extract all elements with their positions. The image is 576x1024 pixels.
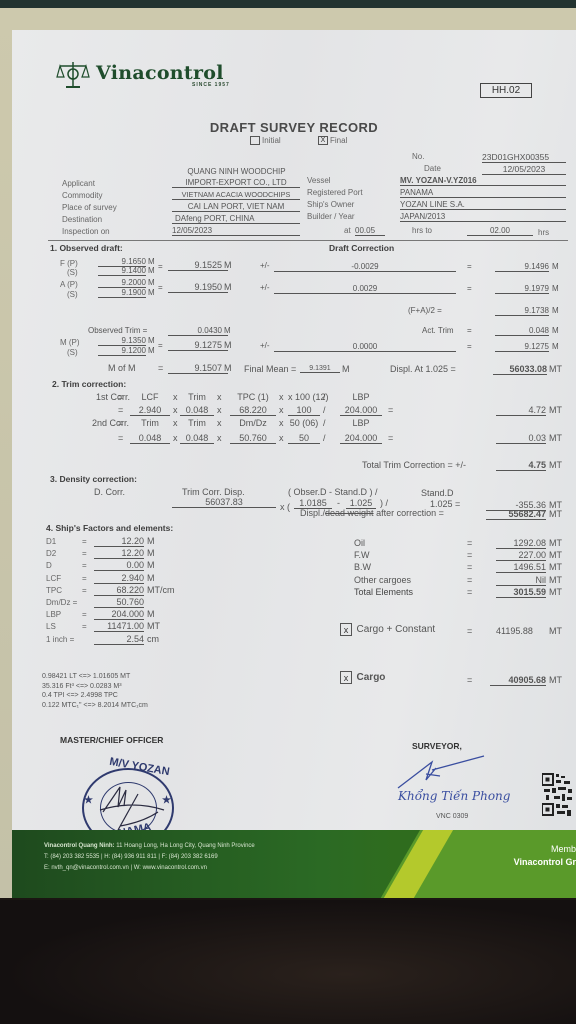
footer-address: Vinacontrol Quang Ninh: 11 Hoang Long, H… [44,843,255,849]
master-signature-icon [98,782,168,832]
factor-label: TPC [46,586,62,595]
form-code: HH.02 [480,83,532,98]
factor-value: 12.20 [94,536,144,547]
as-value: 9.1900 [98,288,146,298]
operator: x [279,433,284,443]
factor-value: 0.00 [94,560,144,571]
displacement-label: Displ. At 1.025 = [390,364,456,374]
no-label: No. [412,152,424,161]
factor-value: 68.220 [94,585,144,596]
second-corr-header-term: Trim [130,418,170,428]
second-corr-label: 2nd Corr. [92,418,129,428]
footer-contacts: E: nvth_qn@vinacontrol.com.vn | W: www.v… [44,865,207,871]
first-corr-header-term: LBP [340,392,382,402]
no-value: 23D01GHX00355 [482,152,566,163]
unit: MT [549,675,562,685]
unit: M [148,266,155,275]
operator: x [217,405,222,415]
ap-value: 9.2000 [98,278,146,288]
brand-since: SINCE 1957 [192,82,230,88]
unit: MT [549,460,562,470]
first-corr-value-term: 204.000 [340,405,382,416]
destination-label: Destination [62,215,102,224]
unit: M [224,282,232,292]
factor-label: LBP [46,610,61,619]
operator: / [323,405,326,415]
equals: = [467,675,472,685]
factor-label: D1 [46,537,56,546]
registered-port-label: Registered Port [307,188,363,197]
unit: M [552,342,559,351]
unit: M [224,260,232,270]
draft-survey-document: Vinacontrol SINCE 1957 HH.02 DRAFT SURVE… [12,30,576,898]
ms-label: (S) [67,348,78,357]
unit: M [552,284,559,293]
applicant-label: Applicant [62,179,95,188]
second-corr-value-term: 50 [288,433,320,444]
second-corr-value-term: 204.000 [340,433,382,444]
initial-checkbox[interactable]: Initial [250,136,281,145]
date-label: Date [424,164,441,173]
operator: / [323,418,326,428]
cargo-value: 40905.68 [490,675,546,686]
operator: / [323,433,326,443]
unit: M [342,364,350,374]
unit: M [148,336,155,345]
equals: = [467,284,472,293]
factor-unit: M [147,560,155,570]
trim-corr-disp: 56037.83 [172,497,276,508]
observed-draft-heading: 1. Observed draft: [50,243,123,253]
unit: M [148,346,155,355]
unit: M [552,262,559,271]
minus: - [337,498,340,508]
inspection-value: 12/05/2023 [172,226,300,236]
aft-mean: 9.1950 [168,282,228,293]
operator: x [173,418,178,428]
equals: = [467,550,472,560]
equals: = [388,433,393,443]
operator: x [173,392,178,402]
mean-of-means: 9.1507 [168,363,228,374]
registered-port-value: PANAMA [400,188,566,198]
second-corr-value-term: 0.048 [130,433,170,444]
operator: / [323,392,326,402]
unit: MT [549,587,562,597]
element-value: 1292.08 [496,538,546,549]
operator: x [279,405,284,415]
draft-correction-heading: Draft Correction [329,243,394,253]
multiply: x ( [280,502,290,512]
density-formula: ( Obser.D - Stand.D ) / [288,487,378,497]
operator: x [173,433,178,443]
initial-check-box[interactable] [250,136,260,145]
second-corr-value-term: 50.760 [230,433,276,444]
forward-mean: 9.1525 [168,260,228,271]
qr-code-icon[interactable] [542,772,572,818]
after-correction-label: Displ./dead weight after correction = [300,508,444,518]
displacement-after-correction: 55682.47 [486,509,546,520]
observed-trim: 0.0430 [168,326,228,336]
place-label: Place of survey [62,203,117,212]
final-mean-label: Final Mean = [244,364,296,374]
plus-minus: +/- [260,341,270,350]
cargo-label: Cargo [357,672,386,683]
unit: M [148,278,155,287]
commodity-value: VIETNAM ACACIA WOODCHIPS [172,190,300,200]
equals: = [467,342,472,351]
factor-label: LS [46,622,56,631]
vinacontrol-logo: Vinacontrol SINCE 1957 [56,60,224,90]
equals: = [158,363,163,373]
factor-label: Dm/Dz = [46,598,77,607]
first-corr-header-term: Trim [180,392,214,402]
seal-star-icon: ★ [84,795,93,806]
element-label: Total Elements [354,587,413,597]
first-corr-header-term: LCF [130,392,170,402]
total-trim-label: Total Trim Correction = +/- [362,460,466,470]
scales-icon [56,60,90,90]
aft-correction: 0.0029 [274,284,456,294]
unit: M [148,257,155,266]
displacement: 56033.08 [493,364,547,375]
operator: x [173,405,178,415]
factor-unit: MT [147,621,160,631]
plus-minus: +/- [260,283,270,292]
equals: = [82,586,87,595]
unit: M [552,326,559,335]
unit: MT [549,550,562,560]
divider [48,240,568,241]
surveyor-label: SURVEYOR, [412,741,462,751]
end-time: 02.00 [467,226,533,236]
unit: M [224,340,232,350]
applicant-line1: QUANG NINH WOODCHIP [174,167,299,176]
unit: MT [549,405,562,415]
second-corr-header-term: Trim [180,418,214,428]
act-trim: 0.048 [495,326,549,336]
operator: x [279,418,284,428]
builder-year-label: Builder / Year [307,212,355,221]
equals: = [118,433,123,443]
density-heading: 3. Density correction: [50,474,137,484]
start-time: 00.05 [355,226,385,236]
act-trim-label: Act. Trim [422,326,454,335]
footer-member-line2: Vinacontrol Gr [514,857,576,867]
ms-value: 9.1200 [98,346,146,356]
total-trim-correction: 4.75 [496,460,546,471]
master-label: MASTER/CHIEF OFFICER [60,735,163,745]
element-label: F.W [354,550,370,560]
footer-member-line1: Memb [551,844,576,854]
equals: = [82,574,87,583]
cargo-constant-label: Cargo + Constant [357,624,436,635]
unit: MT [549,433,562,443]
factor-unit: M [147,548,155,558]
factor-unit: M [147,573,155,583]
builder-year-value: JAPAN/2013 [400,212,566,222]
equals: = [118,405,123,415]
brand-name: Vinacontrol [96,62,224,84]
first-corr-value-term: 68.220 [230,405,276,416]
second-corr-header-term: 50 (06) [288,418,320,428]
fa2-label: (F+A)/2 = [408,306,442,315]
applicant-line2: IMPORT-EXPORT CO., LTD [172,178,300,188]
element-label: Other cargoes [354,575,411,585]
second-corr-value-term: 0.048 [180,433,214,444]
factor-label: D [46,561,52,570]
equals: = [388,405,393,415]
first-corr-header-term: x 100 (12) [288,392,320,402]
commodity-label: Commodity [62,191,102,200]
factor-label: LCF [46,574,61,583]
background-bottom [0,900,576,1024]
cargo-row: x Cargo [340,671,385,684]
element-value: Nil [496,575,546,586]
equals: = [467,626,472,636]
equals: = [82,561,87,570]
forward-corrected: 9.1496 [495,262,549,272]
first-corr-label: 1st Corr. [96,392,130,402]
equals: = [82,610,87,619]
factor-unit: MT/cm [147,585,175,595]
fs-value: 9.1400 [98,266,146,276]
unit: M [224,363,232,373]
element-value: 227.00 [496,550,546,561]
equals: = [158,341,163,350]
conversion-row: 0.4 TPI <=> 2.4998 TPC [42,692,118,699]
equals: = [158,283,163,292]
mp-label: M (P) [60,338,80,347]
ship-owner-label: Ship's Owner [307,200,354,209]
unit: MT [549,562,562,572]
element-label: Oil [354,538,365,548]
hrs-to-label: hrs to [412,226,432,235]
factor-value: 2.54 [94,634,144,645]
vessel-label: Vessel [307,176,331,185]
document-title: DRAFT SURVEY RECORD [12,120,576,135]
cargo-constant-value: 41195.88 [496,626,533,636]
factor-value: 12.20 [94,548,144,559]
fp-label: F (P) [60,259,78,268]
trim-correction-heading: 2. Trim correction: [52,379,126,389]
equals: = [82,622,87,631]
unit: M [552,306,559,315]
conversion-row: 0.98421 LT <=> 1.01605 MT [42,673,130,680]
element-label: B.W [354,562,371,572]
plus-minus: +/- [260,261,270,270]
mofm-label: M of M [108,363,136,373]
final-checkbox[interactable]: XFinal [318,136,347,145]
footer-band: Vinacontrol Quang Ninh: 11 Hoang Long, H… [12,830,576,898]
second-correction: 0.03 [496,433,546,444]
unit: MT [549,575,562,585]
equals: = [467,262,472,271]
date-value: 12/05/2023 [482,164,566,175]
factor-unit: M [147,536,155,546]
inspection-label: Inspection on [62,227,110,236]
operator: x [217,392,222,402]
factor-value: 2.940 [94,573,144,584]
place-value: CAI LAN PORT, VIET NAM [172,202,300,212]
divide: ) / [380,498,388,508]
stand-d-label: Stand.D [421,488,454,498]
factors-heading: 4. Ship's Factors and elements: [46,523,173,533]
operator: x [217,433,222,443]
equals: = [467,538,472,548]
trim-corr-disp-label: Trim Corr. Disp. [182,487,245,497]
factor-unit: cm [147,634,159,644]
footer-phones: T: (84) 203 382 5535 | H: (84) 936 911 8… [44,854,218,860]
fa2-value: 9.1738 [495,306,549,316]
factor-label: 1 inch = [46,635,74,644]
surveyor-name: Khổng Tiến Phong [398,789,510,803]
operator: x [279,392,284,402]
equals: = [467,575,472,585]
first-corr-header-term: TPC (1) [230,392,276,402]
second-corr-header-term: LBP [340,418,382,428]
destination-value: DAfeng PORT, CHINA [172,214,300,224]
midship-correction: 0.0000 [274,342,456,352]
operator: x [217,418,222,428]
equals: = [467,326,472,335]
aft-corrected: 9.1979 [495,284,549,294]
equals: = [467,562,472,572]
unit: MT [549,538,562,548]
unit: MT [549,509,562,519]
element-value: 3015.59 [496,587,546,598]
observed-trim-label: Observed Trim = [88,326,147,335]
first-corr-value-term: 2.940 [130,405,170,416]
fs-label: (S) [67,268,78,277]
conversion-row: 35.316 Ft³ <=> 0.0283 M³ [42,683,122,690]
hrs-label: hrs [538,228,549,237]
first-corr-value-term: 100 [288,405,320,416]
first-correction: 4.72 [496,405,546,416]
equals: = [82,537,87,546]
midship-mean: 9.1275 [168,340,228,351]
factor-value: 11471.00 [94,621,144,632]
equals: = [82,549,87,558]
cargo-check[interactable]: x [340,671,352,684]
factor-label: D2 [46,549,56,558]
element-value: 1496.51 [496,562,546,573]
ship-owner-value: YOZAN LINE S.A. [400,200,566,210]
midship-corrected: 9.1275 [495,342,549,352]
conversion-row: 0.122 MTC₁" <=> 8.2014 MTC₁cm [42,702,148,709]
unit: M [224,326,231,335]
factor-unit: M [147,609,155,619]
factor-value: 204.000 [94,609,144,620]
unit: M [148,288,155,297]
cargo-constant-row: x Cargo + Constant [340,623,435,636]
first-corr-value-term: 0.048 [180,405,214,416]
surveyor-code: VNC 0309 [436,813,468,820]
cargo-constant-check[interactable]: x [340,623,352,636]
d-corr-label: D. Corr. [94,487,125,497]
unit: MT [549,364,562,374]
at-label: at [344,226,351,235]
ap-label: A (P) [60,280,78,289]
second-corr-header-term: Dm/Dz [230,418,276,428]
equals: = [118,392,123,402]
final-label: Final [330,136,347,145]
mp-value: 9.1350 [98,336,146,346]
vessel-value: MV. YOZAN-V.YZ016 [400,176,566,186]
as-label: (S) [67,290,78,299]
final-mean: 9.1391 [300,365,340,373]
equals: = [158,262,163,271]
initial-label: Initial [262,136,281,145]
equals: = [467,587,472,597]
surveyor-signature-icon [396,752,486,792]
factor-value: 50.760 [94,597,144,608]
forward-correction: -0.0029 [274,262,456,272]
unit: MT [549,626,562,636]
final-check-box[interactable]: X [318,136,328,145]
equals: = [118,418,123,428]
